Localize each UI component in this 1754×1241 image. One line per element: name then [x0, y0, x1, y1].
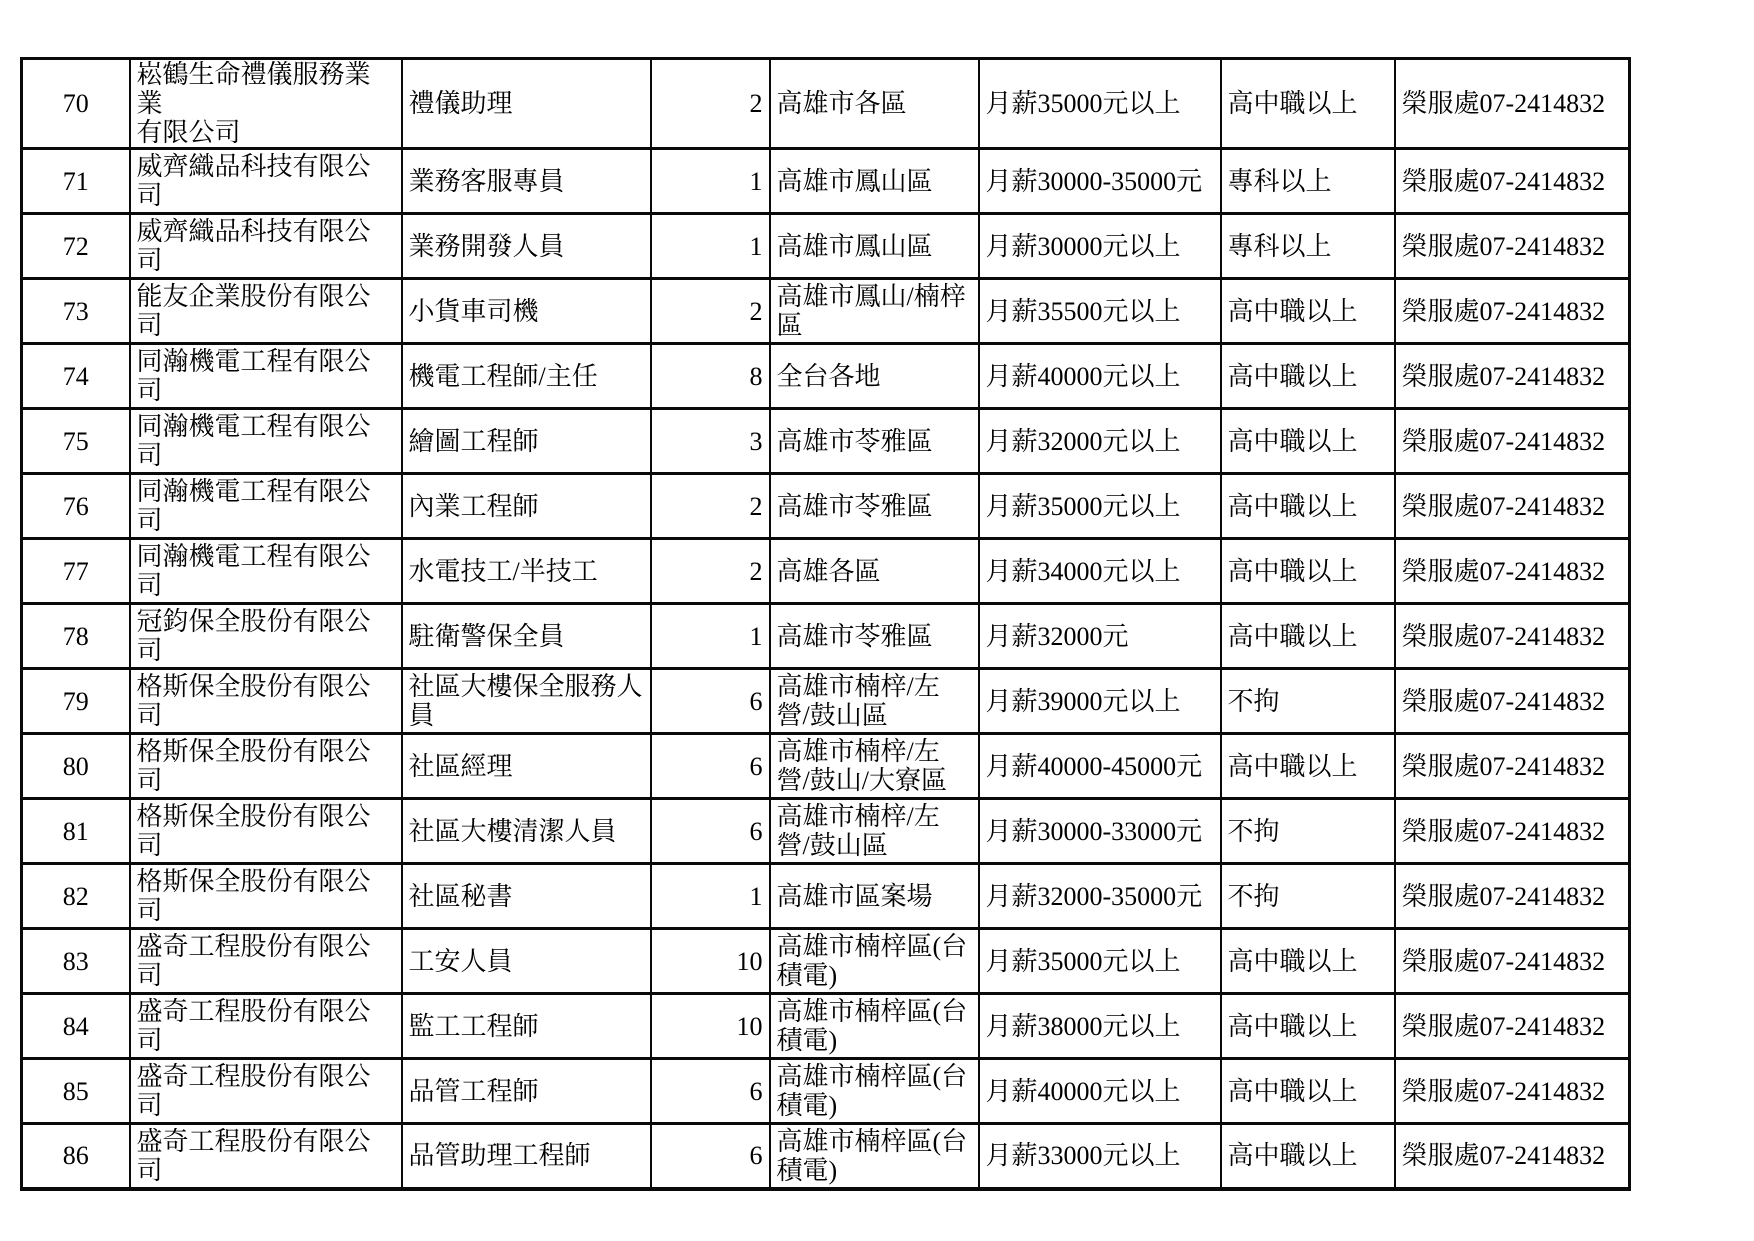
- table-row: 79 格斯保全股份有限公司 社區大樓保全服務人 員 6 高雄市楠梓/左 營/鼓山…: [22, 669, 1630, 734]
- cell-salary: 月薪40000-45000元: [979, 734, 1221, 799]
- table-row: 70 崧鶴生命禮儀服務業業 有限公司 禮儀助理 2 高雄市各區 月薪35000元…: [22, 59, 1630, 149]
- cell-contact: 榮服處07-2414832: [1395, 604, 1630, 669]
- cell-job-title: 小貨車司機: [402, 279, 651, 344]
- cell-row-number: 72: [22, 214, 130, 279]
- cell-company-name: 格斯保全股份有限公司: [130, 669, 402, 734]
- table-row: 82 格斯保全股份有限公司 社區秘書 1 高雄市區案場 月薪32000-3500…: [22, 864, 1630, 929]
- cell-contact: 榮服處07-2414832: [1395, 59, 1630, 149]
- cell-location: 高雄市楠梓/左 營/鼓山/大寮區: [770, 734, 979, 799]
- cell-education: 高中職以上: [1221, 604, 1395, 669]
- cell-location: 高雄市楠梓區(台 積電): [770, 1059, 979, 1124]
- cell-salary: 月薪39000元以上: [979, 669, 1221, 734]
- cell-location: 高雄市楠梓區(台 積電): [770, 1124, 979, 1189]
- table-row: 72 威齊織品科技有限公司 業務開發人員 1 高雄市鳳山區 月薪30000元以上…: [22, 214, 1630, 279]
- cell-row-number: 84: [22, 994, 130, 1059]
- cell-contact: 榮服處07-2414832: [1395, 149, 1630, 214]
- cell-location: 高雄市苓雅區: [770, 604, 979, 669]
- cell-contact: 榮服處07-2414832: [1395, 474, 1630, 539]
- cell-openings: 10: [651, 994, 770, 1059]
- cell-company-name: 同瀚機電工程有限公司: [130, 409, 402, 474]
- cell-row-number: 85: [22, 1059, 130, 1124]
- table-row: 74 同瀚機電工程有限公司 機電工程師/主任 8 全台各地 月薪40000元以上…: [22, 344, 1630, 409]
- cell-contact: 榮服處07-2414832: [1395, 799, 1630, 864]
- cell-location: 高雄市楠梓區(台 積電): [770, 929, 979, 994]
- cell-company-name: 威齊織品科技有限公司: [130, 214, 402, 279]
- cell-openings: 2: [651, 474, 770, 539]
- cell-company-name: 崧鶴生命禮儀服務業業 有限公司: [130, 59, 402, 149]
- cell-company-name: 能友企業股份有限公司: [130, 279, 402, 344]
- cell-salary: 月薪40000元以上: [979, 344, 1221, 409]
- cell-row-number: 77: [22, 539, 130, 604]
- cell-company-name: 格斯保全股份有限公司: [130, 734, 402, 799]
- cell-row-number: 80: [22, 734, 130, 799]
- cell-openings: 6: [651, 1059, 770, 1124]
- cell-salary: 月薪32000元以上: [979, 409, 1221, 474]
- cell-company-name: 盛奇工程股份有限公司: [130, 994, 402, 1059]
- cell-salary: 月薪38000元以上: [979, 994, 1221, 1059]
- cell-contact: 榮服處07-2414832: [1395, 669, 1630, 734]
- table-row: 78 冠鈞保全股份有限公司 駐衛警保全員 1 高雄市苓雅區 月薪32000元 高…: [22, 604, 1630, 669]
- table-row: 77 同瀚機電工程有限公司 水電技工/半技工 2 高雄各區 月薪34000元以上…: [22, 539, 1630, 604]
- table-row: 81 格斯保全股份有限公司 社區大樓清潔人員 6 高雄市楠梓/左 營/鼓山區 月…: [22, 799, 1630, 864]
- cell-openings: 3: [651, 409, 770, 474]
- cell-job-title: 水電技工/半技工: [402, 539, 651, 604]
- cell-contact: 榮服處07-2414832: [1395, 994, 1630, 1059]
- cell-job-title: 社區秘書: [402, 864, 651, 929]
- cell-company-name: 盛奇工程股份有限公司: [130, 1124, 402, 1189]
- table-row: 76 同瀚機電工程有限公司 內業工程師 2 高雄市苓雅區 月薪35000元以上 …: [22, 474, 1630, 539]
- cell-education: 不拘: [1221, 864, 1395, 929]
- cell-openings: 10: [651, 929, 770, 994]
- cell-salary: 月薪32000元: [979, 604, 1221, 669]
- cell-company-name: 格斯保全股份有限公司: [130, 799, 402, 864]
- cell-row-number: 86: [22, 1124, 130, 1189]
- table-row: 80 格斯保全股份有限公司 社區經理 6 高雄市楠梓/左 營/鼓山/大寮區 月薪…: [22, 734, 1630, 799]
- cell-contact: 榮服處07-2414832: [1395, 1124, 1630, 1189]
- cell-job-title: 工安人員: [402, 929, 651, 994]
- cell-job-title: 機電工程師/主任: [402, 344, 651, 409]
- cell-company-name: 格斯保全股份有限公司: [130, 864, 402, 929]
- cell-row-number: 79: [22, 669, 130, 734]
- cell-row-number: 70: [22, 59, 130, 149]
- cell-education: 不拘: [1221, 669, 1395, 734]
- cell-education: 高中職以上: [1221, 344, 1395, 409]
- cell-row-number: 74: [22, 344, 130, 409]
- cell-education: 高中職以上: [1221, 734, 1395, 799]
- table-row: 73 能友企業股份有限公司 小貨車司機 2 高雄市鳳山/楠梓 區 月薪35500…: [22, 279, 1630, 344]
- cell-contact: 榮服處07-2414832: [1395, 409, 1630, 474]
- table-row: 83 盛奇工程股份有限公司 工安人員 10 高雄市楠梓區(台 積電) 月薪350…: [22, 929, 1630, 994]
- cell-location: 高雄市苓雅區: [770, 409, 979, 474]
- cell-salary: 月薪35000元以上: [979, 929, 1221, 994]
- cell-openings: 6: [651, 799, 770, 864]
- cell-job-title: 內業工程師: [402, 474, 651, 539]
- cell-location: 高雄市區案場: [770, 864, 979, 929]
- table-row: 75 同瀚機電工程有限公司 繪圖工程師 3 高雄市苓雅區 月薪32000元以上 …: [22, 409, 1630, 474]
- cell-salary: 月薪34000元以上: [979, 539, 1221, 604]
- cell-row-number: 83: [22, 929, 130, 994]
- cell-job-title: 社區大樓保全服務人 員: [402, 669, 651, 734]
- cell-company-name: 同瀚機電工程有限公司: [130, 344, 402, 409]
- cell-location: 高雄市楠梓/左 營/鼓山區: [770, 799, 979, 864]
- cell-company-name: 冠鈞保全股份有限公司: [130, 604, 402, 669]
- cell-openings: 2: [651, 539, 770, 604]
- cell-education: 高中職以上: [1221, 929, 1395, 994]
- cell-education: 不拘: [1221, 799, 1395, 864]
- cell-salary: 月薪40000元以上: [979, 1059, 1221, 1124]
- cell-job-title: 繪圖工程師: [402, 409, 651, 474]
- cell-location: 高雄市苓雅區: [770, 474, 979, 539]
- cell-contact: 榮服處07-2414832: [1395, 344, 1630, 409]
- cell-openings: 6: [651, 734, 770, 799]
- table-row: 84 盛奇工程股份有限公司 監工工程師 10 高雄市楠梓區(台 積電) 月薪38…: [22, 994, 1630, 1059]
- cell-openings: 1: [651, 149, 770, 214]
- cell-location: 高雄各區: [770, 539, 979, 604]
- cell-education: 高中職以上: [1221, 59, 1395, 149]
- cell-row-number: 78: [22, 604, 130, 669]
- table-row: 71 威齊織品科技有限公司 業務客服專員 1 高雄市鳳山區 月薪30000-35…: [22, 149, 1630, 214]
- cell-company-name: 威齊織品科技有限公司: [130, 149, 402, 214]
- cell-openings: 6: [651, 669, 770, 734]
- cell-education: 高中職以上: [1221, 1124, 1395, 1189]
- cell-openings: 1: [651, 214, 770, 279]
- cell-openings: 1: [651, 604, 770, 669]
- cell-education: 高中職以上: [1221, 994, 1395, 1059]
- cell-openings: 2: [651, 279, 770, 344]
- cell-education: 專科以上: [1221, 214, 1395, 279]
- cell-contact: 榮服處07-2414832: [1395, 214, 1630, 279]
- cell-location: 高雄市楠梓/左 營/鼓山區: [770, 669, 979, 734]
- cell-location: 全台各地: [770, 344, 979, 409]
- cell-contact: 榮服處07-2414832: [1395, 1059, 1630, 1124]
- cell-job-title: 業務開發人員: [402, 214, 651, 279]
- cell-row-number: 82: [22, 864, 130, 929]
- cell-salary: 月薪30000-35000元: [979, 149, 1221, 214]
- cell-row-number: 81: [22, 799, 130, 864]
- cell-job-title: 業務客服專員: [402, 149, 651, 214]
- cell-row-number: 75: [22, 409, 130, 474]
- cell-openings: 6: [651, 1124, 770, 1189]
- job-vacancy-table: 70 崧鶴生命禮儀服務業業 有限公司 禮儀助理 2 高雄市各區 月薪35000元…: [20, 57, 1631, 1191]
- cell-location: 高雄市鳳山/楠梓 區: [770, 279, 979, 344]
- cell-education: 專科以上: [1221, 149, 1395, 214]
- table-row: 85 盛奇工程股份有限公司 品管工程師 6 高雄市楠梓區(台 積電) 月薪400…: [22, 1059, 1630, 1124]
- cell-education: 高中職以上: [1221, 409, 1395, 474]
- cell-education: 高中職以上: [1221, 539, 1395, 604]
- cell-openings: 8: [651, 344, 770, 409]
- cell-education: 高中職以上: [1221, 474, 1395, 539]
- cell-contact: 榮服處07-2414832: [1395, 279, 1630, 344]
- cell-salary: 月薪35500元以上: [979, 279, 1221, 344]
- cell-openings: 1: [651, 864, 770, 929]
- cell-salary: 月薪30000元以上: [979, 214, 1221, 279]
- cell-education: 高中職以上: [1221, 279, 1395, 344]
- cell-location: 高雄市鳳山區: [770, 214, 979, 279]
- cell-location: 高雄市各區: [770, 59, 979, 149]
- cell-company-name: 同瀚機電工程有限公司: [130, 474, 402, 539]
- cell-education: 高中職以上: [1221, 1059, 1395, 1124]
- cell-job-title: 品管工程師: [402, 1059, 651, 1124]
- cell-job-title: 駐衛警保全員: [402, 604, 651, 669]
- cell-contact: 榮服處07-2414832: [1395, 734, 1630, 799]
- cell-job-title: 社區經理: [402, 734, 651, 799]
- cell-company-name: 同瀚機電工程有限公司: [130, 539, 402, 604]
- cell-contact: 榮服處07-2414832: [1395, 929, 1630, 994]
- cell-row-number: 71: [22, 149, 130, 214]
- cell-location: 高雄市楠梓區(台 積電): [770, 994, 979, 1059]
- cell-job-title: 監工工程師: [402, 994, 651, 1059]
- document-page: 70 崧鶴生命禮儀服務業業 有限公司 禮儀助理 2 高雄市各區 月薪35000元…: [0, 0, 1754, 1241]
- cell-contact: 榮服處07-2414832: [1395, 539, 1630, 604]
- cell-salary: 月薪32000-35000元: [979, 864, 1221, 929]
- cell-row-number: 76: [22, 474, 130, 539]
- cell-row-number: 73: [22, 279, 130, 344]
- cell-salary: 月薪35000元以上: [979, 474, 1221, 539]
- cell-salary: 月薪33000元以上: [979, 1124, 1221, 1189]
- cell-openings: 2: [651, 59, 770, 149]
- cell-company-name: 盛奇工程股份有限公司: [130, 1059, 402, 1124]
- cell-salary: 月薪35000元以上: [979, 59, 1221, 149]
- cell-company-name: 盛奇工程股份有限公司: [130, 929, 402, 994]
- cell-salary: 月薪30000-33000元: [979, 799, 1221, 864]
- cell-job-title: 品管助理工程師: [402, 1124, 651, 1189]
- table-row: 86 盛奇工程股份有限公司 品管助理工程師 6 高雄市楠梓區(台 積電) 月薪3…: [22, 1124, 1630, 1189]
- job-table-body: 70 崧鶴生命禮儀服務業業 有限公司 禮儀助理 2 高雄市各區 月薪35000元…: [22, 59, 1630, 1189]
- cell-job-title: 社區大樓清潔人員: [402, 799, 651, 864]
- cell-contact: 榮服處07-2414832: [1395, 864, 1630, 929]
- cell-location: 高雄市鳳山區: [770, 149, 979, 214]
- cell-job-title: 禮儀助理: [402, 59, 651, 149]
